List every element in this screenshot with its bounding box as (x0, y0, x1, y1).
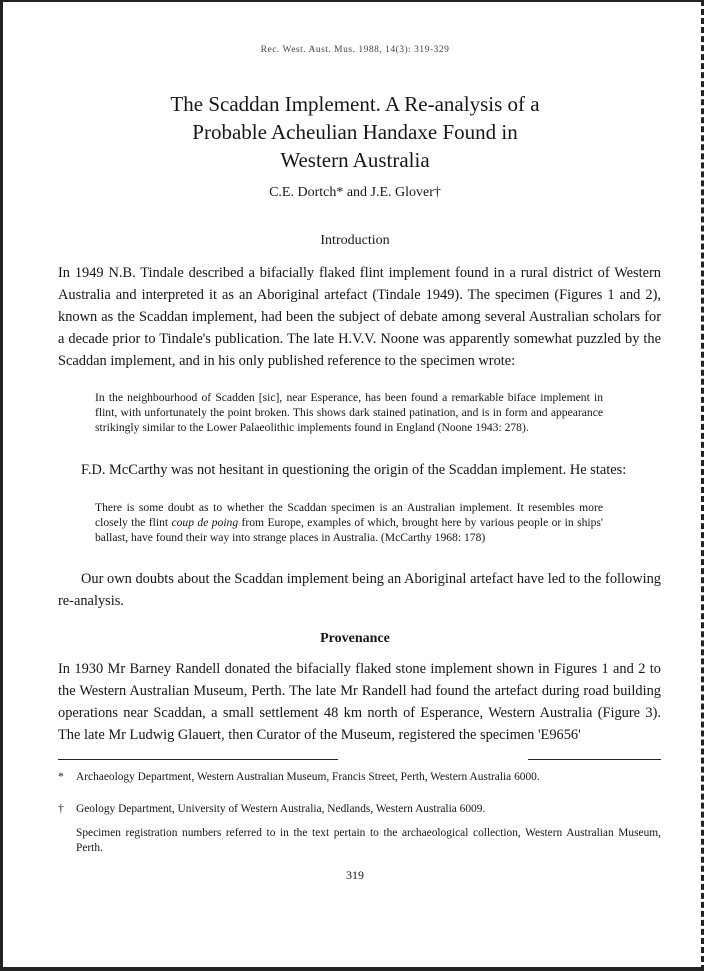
footnote-separator (58, 759, 338, 760)
paragraph: In 1949 N.B. Tindale described a bifacia… (58, 262, 661, 372)
title-line: Western Australia (103, 146, 607, 174)
footnote-text: Geology Department, University of Wester… (76, 802, 661, 817)
document-page: Rec. West. Aust. Mus. 1988, 14(3): 319-3… (0, 0, 704, 971)
page-number: 319 (3, 868, 704, 883)
footnote-mark: † (58, 802, 76, 817)
title-line: Probable Acheulian Handaxe Found in (103, 118, 607, 146)
authors: C.E. Dortch* and J.E. Glover† (3, 185, 704, 201)
paragraph: F.D. McCarthy was not hesitant in questi… (58, 459, 661, 481)
block-quote: There is some doubt as to whether the Sc… (95, 500, 603, 546)
section-heading-introduction: Introduction (3, 233, 704, 249)
footnote: * Archaeology Department, Western Austra… (58, 770, 661, 785)
title-line: The Scaddan Implement. A Re-analysis of … (103, 90, 607, 118)
footnote: † Geology Department, University of West… (58, 802, 661, 817)
specimen-note: Specimen registration numbers referred t… (76, 826, 661, 856)
footnote-mark: * (58, 770, 76, 785)
section-heading-provenance: Provenance (3, 631, 704, 647)
paragraph: In 1930 Mr Barney Randell donated the bi… (58, 658, 661, 746)
article-title: The Scaddan Implement. A Re-analysis of … (103, 90, 607, 174)
footnote-separator (528, 759, 661, 760)
paragraph: Our own doubts about the Scaddan impleme… (58, 568, 661, 612)
running-head: Rec. West. Aust. Mus. 1988, 14(3): 319-3… (3, 45, 704, 55)
block-quote: In the neighbourhood of Scadden [sic], n… (95, 390, 603, 436)
quote-italic-term: coup de poing (171, 516, 238, 529)
footnote-text: Archaeology Department, Western Australi… (76, 770, 661, 785)
